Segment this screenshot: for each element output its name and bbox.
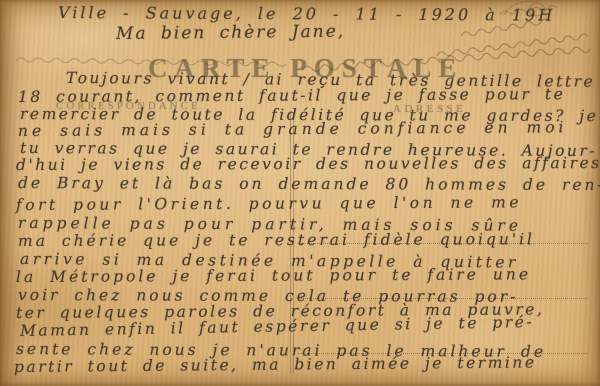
handwritten-line: 18 courant, comment faut-il que je fasse… [18,85,565,106]
handwritten-line: d'hui je viens de recevoir des nouvelles… [16,154,600,174]
postcard-scan: CARTE POSTALE CORRESPONDANCE ADRESSE Vil… [0,0,600,386]
handwritten-line: ne sais mais si ta grande confiance en m… [18,118,568,140]
handwriting-salutation: Ma bien chère Jane, [116,22,345,44]
handwritten-line: ma chérie que je te resterai fidèle quoi… [18,230,535,250]
handwritten-line: fort pour l'Orient. pourvu que l'on ne m… [16,193,522,214]
handwritten-line: partir tout de suite, ma bien aimée je t… [14,353,537,376]
handwritten-line: la Métropole je ferai tout pour te faire… [16,265,531,286]
handwritten-line: de Bray et là bas on demande 80 hommes d… [18,174,600,194]
